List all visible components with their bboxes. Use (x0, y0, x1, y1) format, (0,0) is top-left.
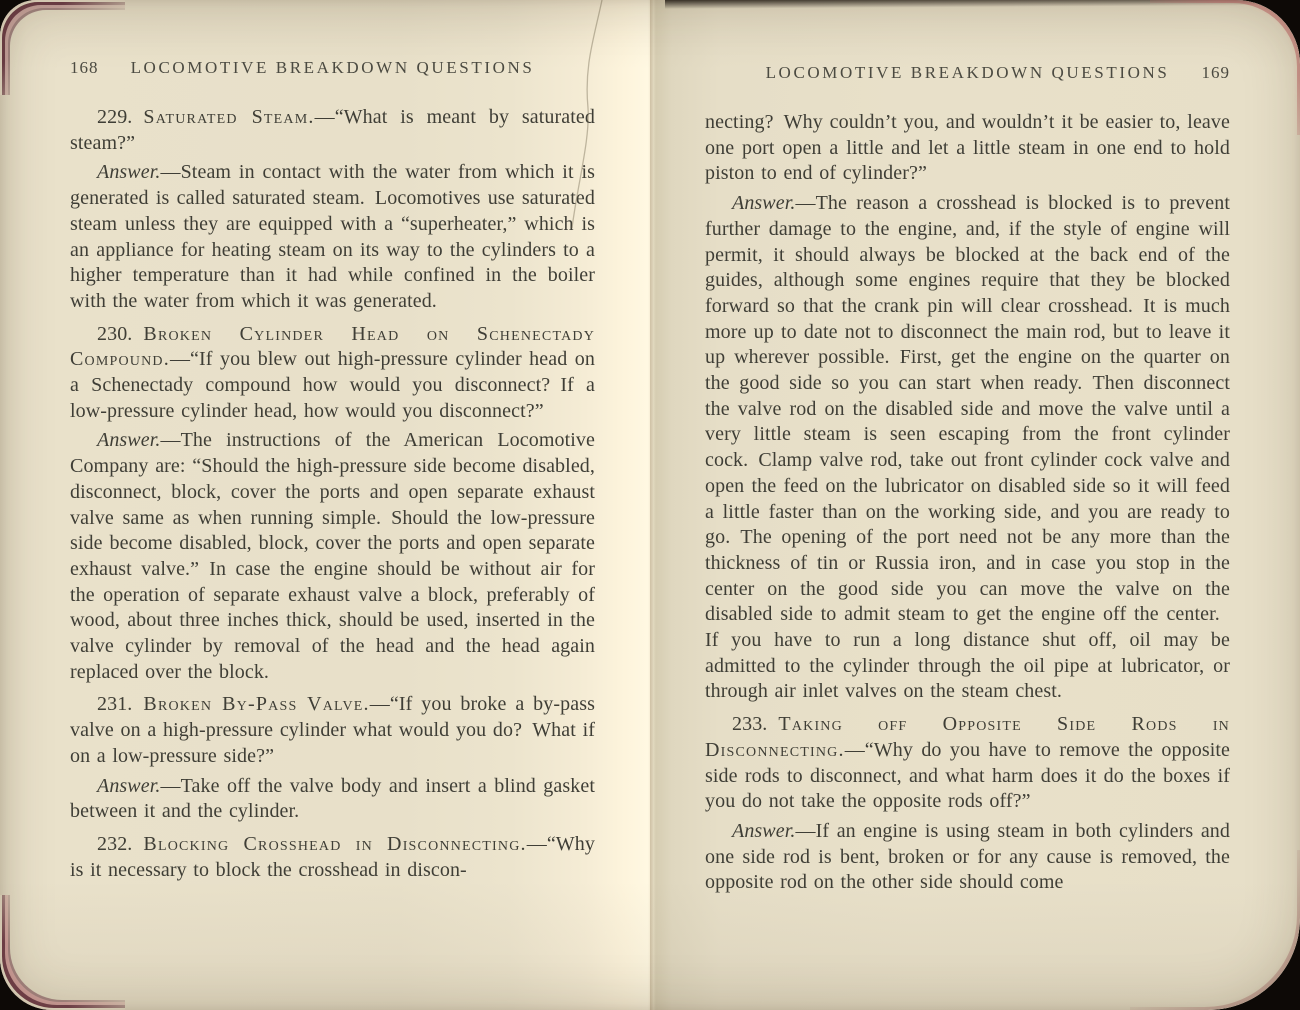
answer-233: Answer.—If an engine is using steam in b… (705, 819, 1230, 896)
answer-label: Answer. (97, 775, 160, 797)
question-231: 231.Broken By-Pass Valve.—“If you broke … (70, 692, 595, 769)
answer-231: Answer.—Take off the valve body and inse… (70, 774, 595, 825)
question-230: 230.Broken Cylinder Head on Schenectady … (70, 322, 595, 425)
paragraph-continuation-232: necting? Why couldn’t you, and wouldn’t … (705, 110, 1230, 187)
answer-text: —Steam in contact with the water from wh… (70, 161, 595, 312)
question-229: 229.Saturated Steam.—“What is meant by s… (70, 105, 595, 156)
answer-label: Answer. (97, 161, 160, 183)
book-scan: 168 LOCOMOTIVE BREAKDOWN QUESTIONS 229.S… (0, 0, 1300, 1010)
answer-230: Answer.—The instructions of the American… (70, 428, 595, 685)
question-number: 232. (97, 833, 132, 855)
answer-232: Answer.—The reason a crosshead is blocke… (705, 191, 1230, 705)
answer-label: Answer. (732, 820, 795, 842)
question-232: 232.Blocking Crosshead in Disconnecting.… (70, 832, 595, 883)
book-spread: 168 LOCOMOTIVE BREAKDOWN QUESTIONS 229.S… (0, 0, 1300, 1010)
running-title-right: LOCOMOTIVE BREAKDOWN QUESTIONS (766, 63, 1170, 82)
question-number: 229. (97, 106, 132, 128)
running-head-right: LOCOMOTIVE BREAKDOWN QUESTIONS 169 (705, 0, 1230, 83)
answer-text: —The reason a crosshead is blocked is to… (705, 192, 1230, 702)
crease-line (552, 0, 622, 230)
answer-label: Answer. (97, 429, 160, 451)
running-head-left: 168 LOCOMOTIVE BREAKDOWN QUESTIONS (70, 0, 595, 78)
question-233: 233.Taking off Opposite Side Rods in Dis… (705, 712, 1230, 815)
question-number: 233. (732, 713, 767, 735)
answer-text: —The instructions of the American Locomo… (70, 429, 595, 682)
answer-label: Answer. (732, 192, 795, 214)
page-number-left: 168 (70, 58, 99, 78)
question-number: 231. (97, 693, 132, 715)
answer-229: Answer.—Steam in contact with the water … (70, 160, 595, 314)
question-title: Blocking Crosshead in Disconnecting. (143, 833, 526, 855)
page-right: LOCOMOTIVE BREAKDOWN QUESTIONS 169 necti… (650, 0, 1300, 1010)
question-title: Broken By-Pass Valve. (143, 693, 369, 715)
question-number: 230. (97, 323, 132, 345)
text-column-left: 229.Saturated Steam.—“What is meant by s… (70, 105, 595, 883)
gutter-fold-shadow (650, 0, 653, 1010)
question-text-continued: necting? Why couldn’t you, and wouldn’t … (705, 111, 1230, 184)
text-column-right: necting? Why couldn’t you, and wouldn’t … (705, 110, 1230, 896)
running-title-left: LOCOMOTIVE BREAKDOWN QUESTIONS (131, 58, 535, 77)
question-title: Saturated Steam. (143, 106, 314, 128)
page-number-right: 169 (1202, 63, 1231, 83)
